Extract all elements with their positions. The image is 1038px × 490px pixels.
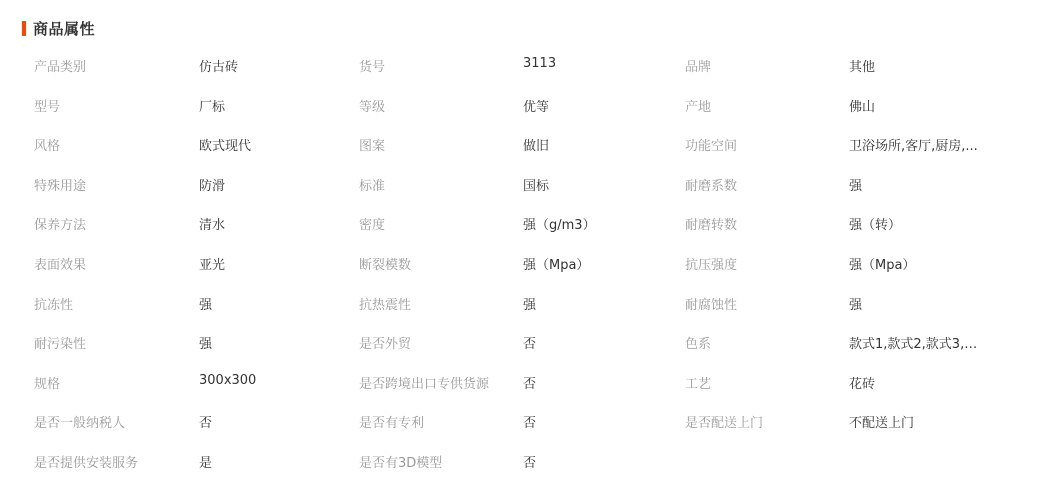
- attr-label: 型号: [34, 96, 60, 115]
- attr-value: 是: [199, 452, 212, 471]
- attr-value: 强（Mpa）: [523, 254, 589, 273]
- attr-label: 是否配送上门: [685, 412, 763, 431]
- attr-row: 特殊用途 防滑 标准 国标 耐磨系数 强: [0, 163, 1038, 203]
- attr-value: 国标: [523, 175, 549, 194]
- attr-value: 防滑: [199, 175, 225, 194]
- attr-value: 否: [523, 373, 536, 392]
- attr-label: 是否有3D模型: [359, 452, 442, 471]
- attr-label: 特殊用途: [34, 175, 86, 194]
- attr-value: 300x300: [199, 373, 256, 388]
- attr-label: 标准: [359, 175, 385, 194]
- attr-row: 是否一般纳税人 否 是否有专利 否 是否配送上门 不配送上门: [0, 400, 1038, 440]
- attr-value: 清水: [199, 214, 225, 233]
- attr-label: 是否外贸: [359, 333, 411, 352]
- attr-label: 抗冻性: [34, 294, 73, 313]
- attr-value: 否: [523, 412, 536, 431]
- attr-value: 强: [849, 294, 862, 313]
- attr-label: 货号: [359, 56, 385, 75]
- attr-label: 色系: [685, 333, 711, 352]
- attr-value: 其他: [849, 56, 875, 75]
- attr-value: 优等: [523, 96, 549, 115]
- attr-label: 断裂模数: [359, 254, 411, 273]
- attr-row: 是否提供安装服务 是 是否有3D模型 否: [0, 440, 1038, 480]
- attr-row: 风格 欧式现代 图案 做旧 功能空间 卫浴场所,客厅,厨房,...: [0, 123, 1038, 163]
- attr-value: 不配送上门: [849, 412, 914, 431]
- attr-value: 3113: [523, 56, 556, 71]
- attr-label: 耐腐蚀性: [685, 294, 737, 313]
- attr-label: 密度: [359, 214, 385, 233]
- attr-value: 欧式现代: [199, 135, 251, 154]
- attr-value: 强: [849, 175, 862, 194]
- attr-value: 否: [199, 412, 212, 431]
- attr-label: 抗压强度: [685, 254, 737, 273]
- attr-label: 产品类别: [34, 56, 86, 75]
- attr-row: 产品类别 仿古砖 货号 3113 品牌 其他: [0, 44, 1038, 84]
- attr-value: 花砖: [849, 373, 875, 392]
- section-header: 商品属性: [22, 19, 95, 37]
- attr-value: 做旧: [523, 135, 549, 154]
- attr-value: 强（g/m3）: [523, 214, 596, 233]
- attr-label: 耐磨转数: [685, 214, 737, 233]
- attr-label: 是否提供安装服务: [34, 452, 138, 471]
- attr-value: 否: [523, 452, 536, 471]
- attr-value: 强（Mpa）: [849, 254, 915, 273]
- attr-row: 规格 300x300 是否跨境出口专供货源 否 工艺 花砖: [0, 361, 1038, 401]
- attr-row: 抗冻性 强 抗热震性 强 耐腐蚀性 强: [0, 282, 1038, 322]
- attr-label: 工艺: [685, 373, 711, 392]
- attr-label: 功能空间: [685, 135, 737, 154]
- attr-label: 耐污染性: [34, 333, 86, 352]
- attr-value: 强: [523, 294, 536, 313]
- attr-label: 等级: [359, 96, 385, 115]
- attr-label: 规格: [34, 373, 60, 392]
- attr-label: 是否跨境出口专供货源: [359, 373, 489, 392]
- attr-label: 抗热震性: [359, 294, 411, 313]
- attr-value: 佛山: [849, 96, 875, 115]
- attr-row: 耐污染性 强 是否外贸 否 色系 款式1,款式2,款式3,款...: [0, 321, 1038, 361]
- attr-label: 保养方法: [34, 214, 86, 233]
- title-accent-bar: [22, 21, 26, 36]
- attr-value: 否: [523, 333, 536, 352]
- section-title: 商品属性: [33, 18, 95, 39]
- attr-label: 是否有专利: [359, 412, 424, 431]
- attr-label: 图案: [359, 135, 385, 154]
- attr-label: 品牌: [685, 56, 711, 75]
- attr-label: 表面效果: [34, 254, 86, 273]
- attributes-grid: 产品类别 仿古砖 货号 3113 品牌 其他 型号 厂标 等级 优等 产地 佛山…: [0, 44, 1038, 480]
- attr-label: 产地: [685, 96, 711, 115]
- attr-row: 型号 厂标 等级 优等 产地 佛山: [0, 84, 1038, 124]
- attr-label: 风格: [34, 135, 60, 154]
- attr-value: 亚光: [199, 254, 225, 273]
- attr-label: 耐磨系数: [685, 175, 737, 194]
- attr-value-truncated[interactable]: 款式1,款式2,款式3,款...: [849, 333, 989, 352]
- attr-value-truncated[interactable]: 卫浴场所,客厅,厨房,...: [849, 135, 978, 154]
- attr-label: 是否一般纳税人: [34, 412, 125, 431]
- attr-row: 表面效果 亚光 断裂模数 强（Mpa） 抗压强度 强（Mpa）: [0, 242, 1038, 282]
- attr-row: 保养方法 清水 密度 强（g/m3） 耐磨转数 强（转）: [0, 202, 1038, 242]
- attr-value: 厂标: [199, 96, 225, 115]
- product-attributes-section: 商品属性 产品类别 仿古砖 货号 3113 品牌 其他 型号 厂标 等级 优等 …: [0, 0, 1038, 490]
- attr-value: 仿古砖: [199, 56, 238, 75]
- attr-value: 强（转）: [849, 214, 901, 233]
- attr-value: 强: [199, 333, 212, 352]
- attr-value: 强: [199, 294, 212, 313]
